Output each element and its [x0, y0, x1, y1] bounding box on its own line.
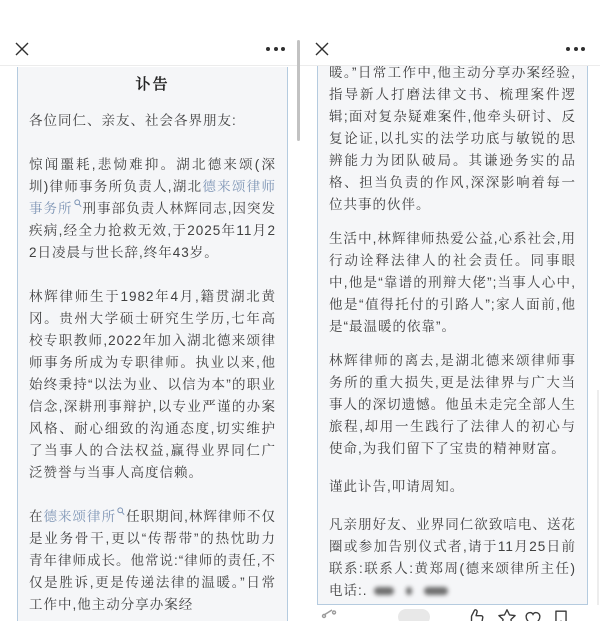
- redacted-phone-segment: [374, 587, 394, 595]
- paragraph-text: 凡亲朋好友、业界同仁欲致唁电、送花圈或参加告别仪式者,请于11月25日前联系:联…: [329, 517, 576, 598]
- obituary-paragraph-5: 生活中,林辉律师热爱公益,心系社会,用行动诠释法律人的社会责任。同事眼中,他是“…: [329, 228, 576, 338]
- greeting-line: 各位同仁、亲友、社会各界朋友:: [29, 110, 276, 132]
- right-screenshot-panel: 暖。”日常工作中,他主动分享办案经验,指导新人打磨法律文书、梳理案件逻辑;面对复…: [300, 0, 600, 621]
- obituary-paragraph-3: 在德来颂律所任职期间,林辉律师不仅是业务骨干,更以“传帮带”的热忱助力青年律师成…: [29, 506, 276, 616]
- more-options-icon[interactable]: [566, 47, 585, 53]
- search-icon: [117, 507, 125, 516]
- right-header-bar: [300, 0, 600, 66]
- redacted-phone-segment: [424, 587, 448, 595]
- close-icon[interactable]: [314, 41, 330, 57]
- left-header-bar: [0, 0, 300, 66]
- obituary-paragraph-1: 惊闻噩耗,悲恸难抑。湖北德来颂(深圳)律师事务所负责人,湖北德来颂律师事务所刑事…: [29, 154, 276, 264]
- obituary-paragraph-6: 林辉律师的离去,是湖北德来颂律师事务所的重大损失,更是法律界与广大当事人的深切遗…: [329, 350, 576, 460]
- obituary-card-left: 讣告 各位同仁、亲友、社会各界朋友: 惊闻噩耗,悲恸难抑。湖北德来颂(深圳)律师…: [17, 67, 288, 621]
- paragraph-text: 任职期间,林辉律师不仅是业务骨干,更以“传帮带”的热忱助力青年律师成长。他常说:…: [29, 509, 276, 612]
- close-icon[interactable]: [14, 41, 30, 57]
- left-screenshot-panel: 讣告 各位同仁、亲友、社会各界朋友: 惊闻噩耗,悲恸难抑。湖北德来颂(深圳)律师…: [0, 0, 300, 621]
- thumbs-up-icon[interactable]: [466, 607, 488, 621]
- redacted-phone-segment: [406, 587, 412, 595]
- firm-short-link[interactable]: 德来颂律所: [44, 509, 127, 524]
- more-options-icon[interactable]: [266, 47, 285, 53]
- firm-short-link-label: 德来颂律所: [44, 509, 117, 524]
- obituary-paragraph-4: 暖。”日常工作中,他主动分享办案经验,指导新人打磨法律文书、梳理案件逻辑;面对复…: [329, 66, 576, 216]
- obituary-paragraph-2: 林辉律师生于1982年4月,籍贯湖北黄冈。贵州大学硕士研究生学历,七年高校专职教…: [29, 286, 276, 484]
- comment-pill[interactable]: [398, 609, 430, 621]
- bottom-action-bar: [300, 605, 600, 621]
- bookmark-icon[interactable]: [550, 607, 572, 621]
- contact-paragraph: 凡亲朋好友、业界同仁欲致唁电、送花圈或参加告别仪式者,请于11月25日前联系:联…: [329, 514, 576, 602]
- obituary-card-right: 暖。”日常工作中,他主动分享办案经验,指导新人打磨法律文书、梳理案件逻辑;面对复…: [317, 66, 588, 605]
- obituary-title: 讣告: [29, 74, 276, 96]
- share-icon[interactable]: [320, 607, 342, 621]
- heart-icon[interactable]: [522, 607, 544, 621]
- star-icon[interactable]: [496, 607, 518, 621]
- scrollbar-thumb[interactable]: [297, 40, 300, 141]
- obituary-closing-line: 谨此讣告,叩请周知。: [329, 476, 576, 498]
- scrollbar-track[interactable]: [597, 390, 599, 621]
- paragraph-text: 在: [29, 509, 44, 524]
- search-icon: [74, 199, 82, 208]
